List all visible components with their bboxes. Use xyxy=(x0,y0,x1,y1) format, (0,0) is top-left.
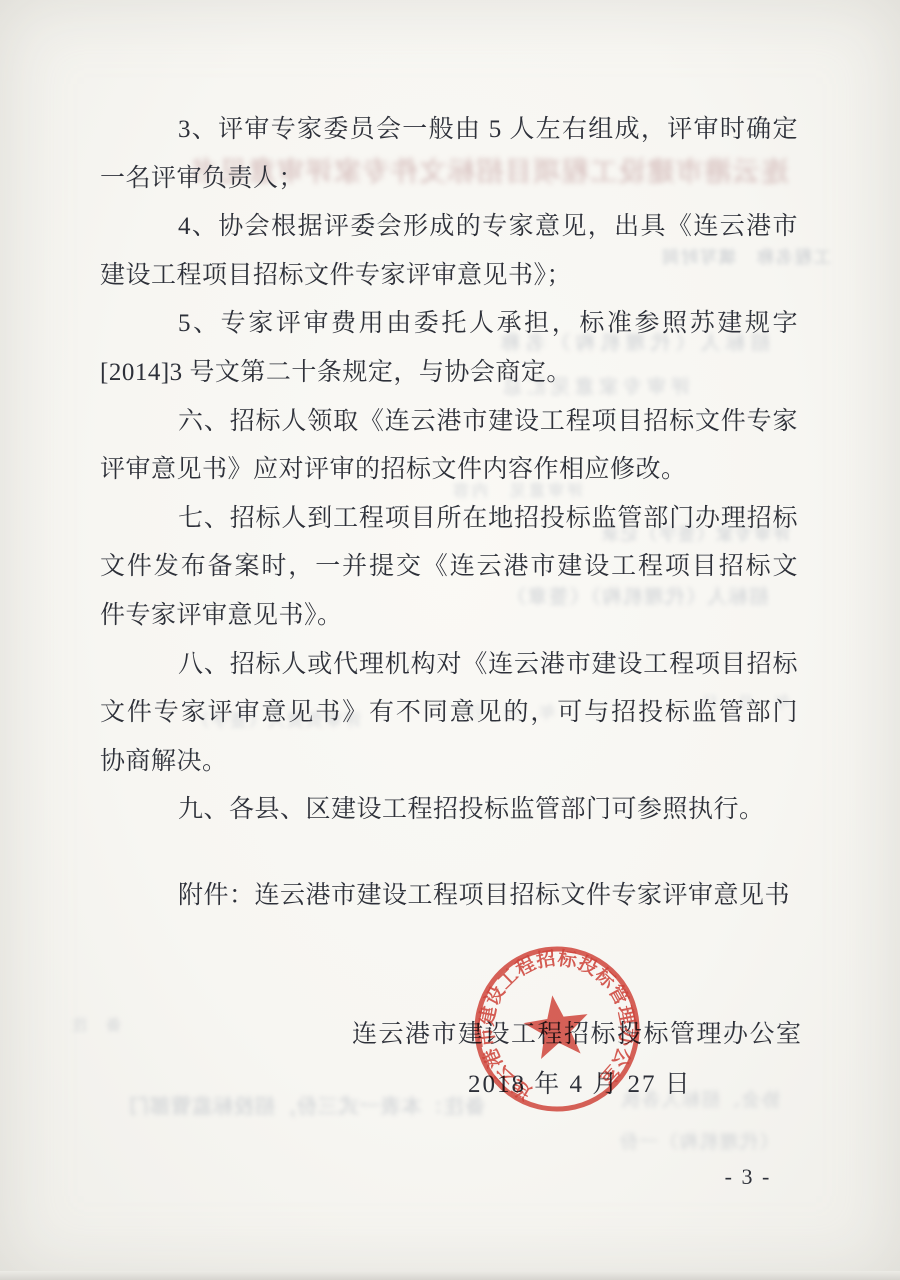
bleed-through-text: 备 注 xyxy=(70,1014,121,1035)
text-line: 协商解决。 xyxy=(100,738,798,787)
text-line: 文件专家评审意见书》有不同意见的，可与招投标监管部门 xyxy=(100,689,798,738)
document-body: 3、评审专家委员会一般由 5 人左右组成，评审时确定一名评审负责人；4、协会根据… xyxy=(100,106,798,920)
page-number: - 3 - xyxy=(698,1164,798,1190)
document-page: 连云港市建设工程项目招标文件专家评审意见书工程名称 填写时间招标人（代理机构）名… xyxy=(0,0,900,1280)
text-line: 一名评审负责人； xyxy=(100,155,798,204)
text-line: 文件发布备案时，一并提交《连云港市建设工程项目招标文 xyxy=(100,543,798,592)
text-line: 评审意见书》应对评审的招标文件内容作相应修改。 xyxy=(100,446,798,495)
bleed-through-text: （代理机构）一份 xyxy=(618,1128,778,1154)
text-line: 4、协会根据评委会形成的专家意见，出具《连云港市 xyxy=(100,203,798,252)
attachment-line: 附件：连云港市建设工程项目招标文件专家评审意见书 xyxy=(100,872,798,920)
text-line: 六、招标人领取《连云港市建设工程项目招标文件专家 xyxy=(100,398,798,447)
text-line: 3、评审专家委员会一般由 5 人左右组成，评审时确定 xyxy=(100,106,798,155)
text-line: 七、招标人到工程项目所在地招投标监管部门办理招标 xyxy=(100,495,798,544)
bleed-through-text: 备注：本表一式三份，招投标监管部门 xyxy=(128,1090,485,1119)
text-line: 件专家评审意见书》。 xyxy=(100,592,798,641)
text-line: 九、各县、区建设工程招投标监管部门可参照执行。 xyxy=(100,786,798,835)
text-line: 八、招标人或代理机构对《连云港市建设工程项目招标 xyxy=(100,641,798,690)
text-line: 5、专家评审费用由委托人承担，标准参照苏建规字 xyxy=(100,300,798,349)
official-seal: 连云港市建设工程招标投标管理办公室 xyxy=(450,922,665,1137)
text-line: [2014]3 号文第二十条规定，与协会商定。 xyxy=(100,349,798,398)
scan-bottom-edge xyxy=(0,1271,900,1280)
text-line: 建设工程项目招标文件专家评审意见书》； xyxy=(100,252,798,301)
star-icon xyxy=(520,991,593,1061)
